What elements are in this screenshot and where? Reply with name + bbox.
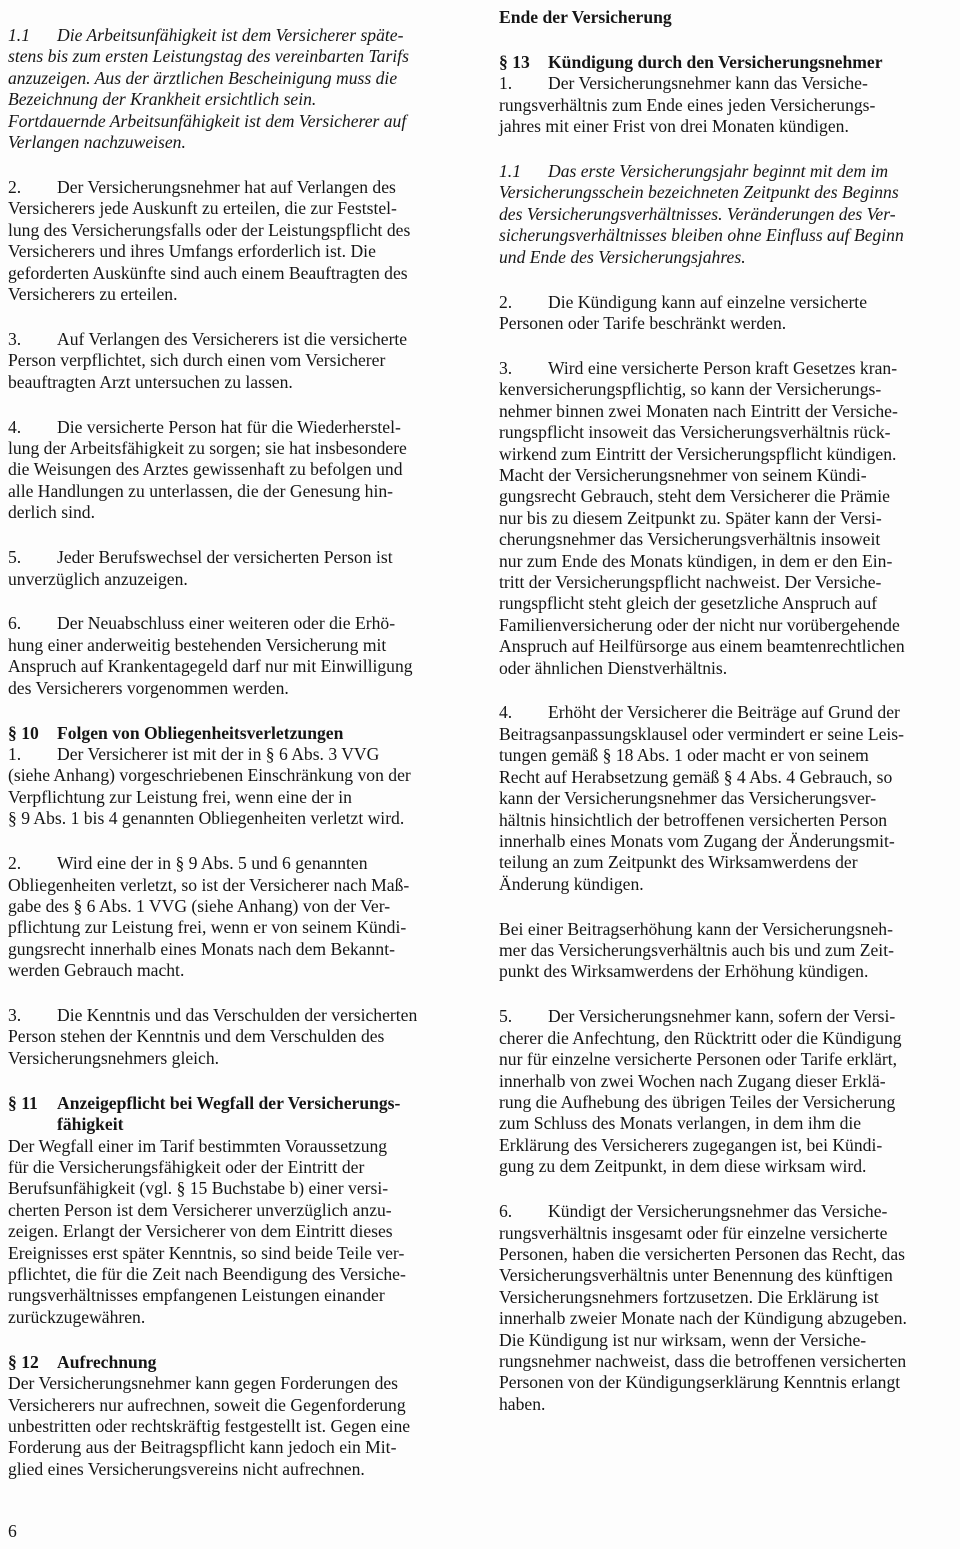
section-heading: § 11Anzeigepflicht bei Wegfall der Versi…	[8, 1093, 495, 1136]
section-number: § 12	[8, 1352, 57, 1373]
paragraph: 3.Die Kenntnis und das Verschulden der v…	[8, 1005, 495, 1069]
paragraph-number: 4.	[8, 417, 57, 438]
paragraph-text: Der Wegfall einer im Tarif bestimmten Vo…	[8, 1136, 406, 1327]
paragraph-text: Der Versicherungsnehmer kann das Versich…	[499, 73, 875, 136]
section-title: Ende der Versicherung	[499, 7, 672, 28]
paragraph-text: Jeder Berufswechsel der versicherten Per…	[8, 547, 393, 588]
paragraph: 5.Jeder Berufswechsel der versicherten P…	[8, 547, 495, 590]
paragraph: 1.1Das erste Versicherungsjahr beginnt m…	[499, 161, 959, 268]
paragraph-text: Der Versicherungsnehmer hat auf Verlange…	[8, 177, 410, 304]
paragraph-number: 1.	[499, 73, 548, 94]
section-number: § 10	[8, 723, 57, 744]
paragraph: 6.Kündigt der Versicherungsnehmer das Ve…	[499, 1201, 959, 1415]
section-heading: Ende der Versicherung	[499, 7, 959, 28]
paragraph: 3.Wird eine versicherte Person kraft Ges…	[499, 358, 959, 679]
document-page: 1.1Die Arbeitsunfähigkeit ist dem Versic…	[0, 0, 960, 1549]
section-title: Aufrechnung	[57, 1352, 156, 1373]
paragraph-number: 4.	[499, 702, 548, 723]
section-title: Folgen von Obliegenheitsverletzungen	[57, 723, 343, 744]
section-heading: § 12Aufrechnung	[8, 1352, 495, 1373]
paragraph: 4.Die versicherte Person hat für die Wie…	[8, 417, 495, 524]
paragraph-number: 6.	[8, 613, 57, 634]
paragraph-number: 3.	[499, 358, 548, 379]
paragraph-text: Die versicherte Person hat für die Wiede…	[8, 417, 407, 523]
page-number: 6	[8, 1521, 17, 1542]
paragraph-number: 3.	[8, 329, 57, 350]
paragraph-number: 2.	[8, 853, 57, 874]
section-title: Anzeigepflicht bei Wegfall der Versicher…	[57, 1093, 400, 1136]
paragraph-text: Der Versicherungsnehmer kann, sofern der…	[499, 1006, 902, 1176]
section-title: Kündigung durch den Versicherungsnehmer	[548, 52, 883, 73]
right-column: Ende der Versicherung § 13Kündigung durc…	[499, 7, 959, 1439]
paragraph-text: Wird eine versicherte Person kraft Geset…	[499, 358, 905, 678]
paragraph: 5.Der Versicherungsnehmer kann, sofern d…	[499, 1006, 959, 1177]
paragraph-text: Der Versicherungsnehmer kann gegen Forde…	[8, 1373, 410, 1479]
paragraph-number: 6.	[499, 1201, 548, 1222]
left-column: 1.1Die Arbeitsunfähigkeit ist dem Versic…	[8, 25, 495, 1504]
paragraph-text: Der Neuabschluss einer weiteren oder die…	[8, 613, 413, 697]
paragraph-text: Kündigt der Versicherungsnehmer das Vers…	[499, 1201, 907, 1414]
paragraph: 2.Der Versicherungsnehmer hat auf Verlan…	[8, 177, 495, 305]
paragraph: 1.Der Versicherungsnehmer kann das Versi…	[499, 73, 959, 137]
paragraph-number: 5.	[499, 1006, 548, 1027]
paragraph-number: 2.	[499, 292, 548, 313]
paragraph: 3.Auf Verlangen des Versicherers ist die…	[8, 329, 495, 393]
paragraph-text: Bei einer Beitragserhöhung kann der Vers…	[499, 919, 894, 982]
section-heading: § 13Kündigung durch den Versicherungsneh…	[499, 52, 959, 73]
paragraph: 1.1Die Arbeitsunfähigkeit ist dem Versic…	[8, 25, 495, 153]
paragraph: 4.Erhöht der Versicherer die Beiträge au…	[499, 702, 959, 895]
paragraph-text: Erhöht der Versicherer die Beiträge auf …	[499, 702, 904, 893]
section-number: § 13	[499, 52, 548, 73]
paragraph-number: 5.	[8, 547, 57, 568]
paragraph-number: 1.1	[8, 25, 57, 46]
paragraph-text: Auf Verlangen des Versicherers ist die v…	[8, 329, 407, 392]
paragraph: 2.Wird eine der in § 9 Abs. 5 und 6 gena…	[8, 853, 495, 981]
paragraph-text: Das erste Versicherungsjahr beginnt mit …	[499, 161, 904, 267]
paragraph-number: 3.	[8, 1005, 57, 1026]
paragraph-text: Der Versicherer ist mit der in § 6 Abs. …	[8, 744, 411, 828]
section-heading: § 10Folgen von Obliegenheitsverletzungen	[8, 723, 495, 744]
paragraph: Der Wegfall einer im Tarif bestimmten Vo…	[8, 1136, 495, 1329]
paragraph-number: 2.	[8, 177, 57, 198]
section-number: § 11	[8, 1093, 57, 1136]
paragraph-number: 1.1	[499, 161, 548, 182]
paragraph: Der Versicherungsnehmer kann gegen Forde…	[8, 1373, 495, 1480]
paragraph-text: Die Kündigung kann auf einzelne versiche…	[499, 292, 867, 333]
paragraph: 2.Die Kündigung kann auf einzelne versic…	[499, 292, 959, 335]
paragraph: Bei einer Beitragserhöhung kann der Vers…	[499, 919, 959, 983]
paragraph: 1.Der Versicherer ist mit der in § 6 Abs…	[8, 744, 495, 830]
paragraph-text: Die Arbeitsunfähigkeit ist dem Versicher…	[8, 25, 409, 152]
paragraph-text: Die Kenntnis und das Verschulden der ver…	[8, 1005, 417, 1068]
paragraph: 6.Der Neuabschluss einer weiteren oder d…	[8, 613, 495, 699]
paragraph-text: Wird eine der in § 9 Abs. 5 und 6 genann…	[8, 853, 409, 980]
paragraph-number: 1.	[8, 744, 57, 765]
